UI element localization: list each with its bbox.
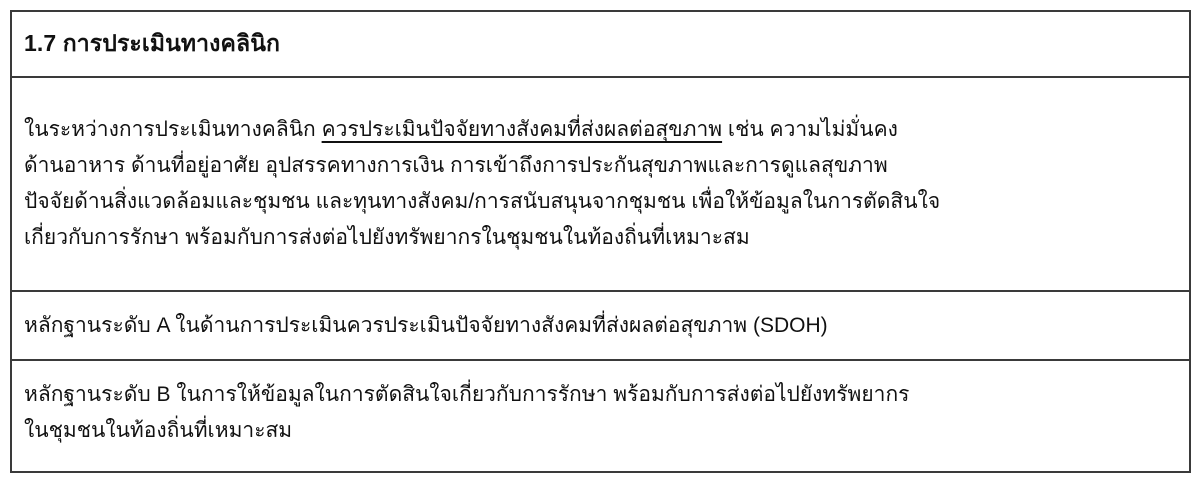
recommendation-line-1: ในระหว่างการประเมินทางคลินิก ควรประเมินป… bbox=[24, 112, 1173, 148]
evidence-level-a-text: หลักฐานระดับ A ในด้านการประเมินควรประเมิ… bbox=[24, 308, 1173, 344]
evidence-level-b-row: หลักฐานระดับ B ในการให้ข้อมูลในการตัดสิน… bbox=[12, 361, 1189, 471]
recommendation-line-4: เกี่ยวกับการรักษา พร้อมกับการส่งต่อไปยัง… bbox=[24, 220, 1173, 256]
section-header-row: 1.7 การประเมินทางคลินิก bbox=[12, 12, 1189, 78]
evidence-b-line-1: หลักฐานระดับ B ในการให้ข้อมูลในการตัดสิน… bbox=[24, 377, 1173, 413]
evidence-b-line-2: ในชุมชนในท้องถิ่นที่เหมาะสม bbox=[24, 413, 1173, 449]
recommendation-intro-text: ในระหว่างการประเมินทางคลินิก bbox=[24, 118, 322, 141]
evidence-level-a-row: หลักฐานระดับ A ในด้านการประเมินควรประเมิ… bbox=[12, 292, 1189, 361]
underlined-key-recommendation: ควรประเมินปัจจัยทางสังคมที่ส่งผลต่อสุขภา… bbox=[322, 118, 722, 141]
section-title: 1.7 การประเมินทางคลินิก bbox=[24, 26, 1173, 62]
recommendation-line-3: ปัจจัยด้านสิ่งแวดล้อมและชุมชน และทุนทางส… bbox=[24, 184, 1173, 220]
evidence-level-b-text: หลักฐานระดับ B ในการให้ข้อมูลในการตัดสิน… bbox=[24, 377, 1173, 449]
recommendation-line-2: ด้านอาหาร ด้านที่อยู่อาศัย อุปสรรคทางการ… bbox=[24, 148, 1173, 184]
clinical-assessment-table: 1.7 การประเมินทางคลินิก ในระหว่างการประเ… bbox=[10, 10, 1191, 473]
recommendation-row: ในระหว่างการประเมินทางคลินิก ควรประเมินป… bbox=[12, 78, 1189, 292]
recommendation-paragraph: ในระหว่างการประเมินทางคลินิก ควรประเมินป… bbox=[24, 112, 1173, 256]
recommendation-examples-start: เช่น ความไม่มั่นคง bbox=[722, 118, 898, 141]
evidence-a-line-1: หลักฐานระดับ A ในด้านการประเมินควรประเมิ… bbox=[24, 308, 1173, 344]
